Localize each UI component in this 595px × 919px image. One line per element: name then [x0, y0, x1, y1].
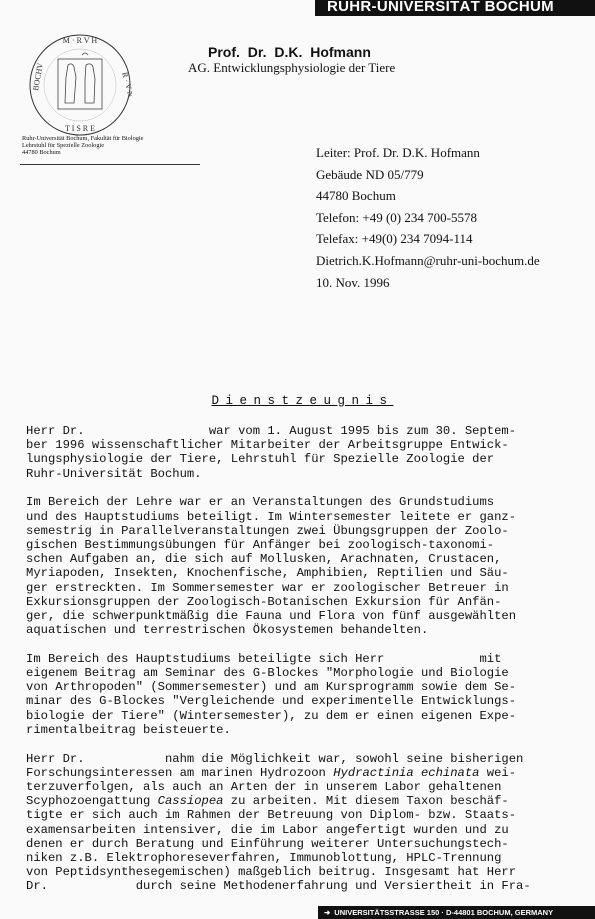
text-line: semestrig in Parallelveranstaltungen zwe…	[26, 524, 586, 538]
text-line: denen er durch Beratung und Einführung w…	[26, 837, 586, 851]
text-line: ger, die schwerpunktmäßig die Fauna und …	[26, 609, 586, 623]
document-body: Herr Dr. war vom 1. August 1995 bis zum …	[26, 424, 586, 908]
contact-fax: Telefax: +49(0) 234 7094-114	[316, 228, 540, 250]
species-name: Hydractinia echinata	[333, 766, 479, 780]
genus-name: Cassiopea	[158, 794, 224, 808]
institution-address: Ruhr-Universität Bochum, Fakultät für Bi…	[22, 135, 143, 156]
contact-email: Dietrich.K.Hofmann@ruhr-uni-bochum.de	[316, 250, 540, 272]
svg-text:T I S R E: T I S R E	[65, 124, 95, 133]
arrow-right-icon: ➜	[324, 906, 330, 919]
text-line: eigenem Beitrag am Seminar des G-Blockes…	[26, 666, 586, 680]
text-line: Scyphozoengattung Cassiopea zu arbeiten.…	[26, 794, 586, 808]
paragraph-employment: Herr Dr. war vom 1. August 1995 bis zum …	[26, 424, 586, 481]
professor-name: Prof. Dr. D.K. Hofmann	[208, 44, 371, 60]
text-line: Im Bereich des Hauptstudiums beteiligte …	[26, 652, 586, 666]
text-line: Herr Dr. war vom 1. August 1995 bis zum …	[26, 424, 586, 438]
text-line: terzuverfolgen, als auch an Arten der in…	[26, 780, 586, 794]
text-line: lungsphysiologie der Tiere, Lehrstuhl fü…	[26, 452, 586, 466]
text-line: Im Bereich der Lehre war er an Veranstal…	[26, 495, 586, 509]
text-line: rimentalbeitrag beisteuerte.	[26, 723, 586, 737]
text-line: biologie der Tiere" (Wintersemester), zu…	[26, 709, 586, 723]
text-line: schen Aufgaben an, die sich auf Molluske…	[26, 552, 586, 566]
text-line: gischen Bestimmungsübungen für Anfänger …	[26, 538, 586, 552]
text-line: Forschungsinteressen am marinen Hydrozoo…	[26, 766, 586, 780]
institution-address-line: 44780 Bochum	[22, 149, 143, 156]
header-divider	[20, 164, 200, 165]
institution-address-line: Lehrstuhl für Spezielle Zoologie	[22, 142, 143, 149]
text-line: Dr. durch seine Methodenerfahrung und Ve…	[26, 879, 586, 893]
text-line: aquatischen und terrestrischen Ökosystem…	[26, 623, 586, 637]
paragraph-main-studies: Im Bereich des Hauptstudiums beteiligte …	[26, 652, 586, 737]
text-line: und des Hauptstudiums beteiligt. Im Wint…	[26, 510, 586, 524]
text-line: examensarbeiten intensiver, die im Labor…	[26, 823, 586, 837]
text-line: minar des G-Blockes "Vergleichende und e…	[26, 694, 586, 708]
university-banner: RUHR-UNIVERSITÄT BOCHUM	[315, 0, 595, 16]
address-banner: ➜UNIVERSITÄTSSTRASSE 150 · D-44801 BOCHU…	[318, 906, 595, 919]
text-line: tigte er sich auch im Rahmen der Betreuu…	[26, 808, 586, 822]
contact-leader: Leiter: Prof. Dr. D.K. Hofmann	[316, 142, 540, 164]
letter-date: 10. Nov. 1996	[316, 272, 540, 294]
contact-building: Gebäude ND 05/779	[316, 164, 540, 186]
text-line: ger erstreckten. Im Sommersemester war e…	[26, 581, 586, 595]
paragraph-teaching: Im Bereich der Lehre war er an Veranstal…	[26, 495, 586, 637]
university-seal-icon: M · R V H BOCHV R · V N T I S R E	[28, 33, 132, 137]
text-line: von Peptidsynthesegemischen) maßgeblich …	[26, 865, 586, 879]
contact-block: Leiter: Prof. Dr. D.K. Hofmann Gebäude N…	[316, 142, 540, 293]
contact-phone: Telefon: +49 (0) 234 700-5578	[316, 207, 540, 229]
text-line: ber 1996 wissenschaftlicher Mitarbeiter …	[26, 438, 586, 452]
text-line: von Arthropoden" (Sommersemester) und am…	[26, 680, 586, 694]
address-banner-text: UNIVERSITÄTSSTRASSE 150 · D-44801 BOCHUM…	[334, 908, 553, 917]
contact-city: 44780 Bochum	[316, 185, 540, 207]
paragraph-research: Herr Dr. nahm die Möglichkeit war, sowoh…	[26, 752, 586, 894]
svg-text:R · V N: R · V N	[120, 71, 132, 98]
text-line: Exkursionsgruppen der Zoologisch-Botanis…	[26, 595, 586, 609]
document-title: Dienstzeugnis	[0, 394, 595, 408]
text-line: Myriapoden, Insekten, Knochenfische, Amp…	[26, 566, 586, 580]
text-line: niken z.B. Elektrophoreseverfahren, Immu…	[26, 851, 586, 865]
text-line: Ruhr-Universität Bochum.	[26, 467, 586, 481]
institution-address-line: Ruhr-Universität Bochum, Fakultät für Bi…	[22, 135, 143, 142]
group-name: AG. Entwicklungsphysiologie der Tiere	[188, 60, 395, 76]
text-line: Herr Dr. nahm die Möglichkeit war, sowoh…	[26, 752, 586, 766]
svg-text:M · R V H: M · R V H	[63, 36, 98, 45]
